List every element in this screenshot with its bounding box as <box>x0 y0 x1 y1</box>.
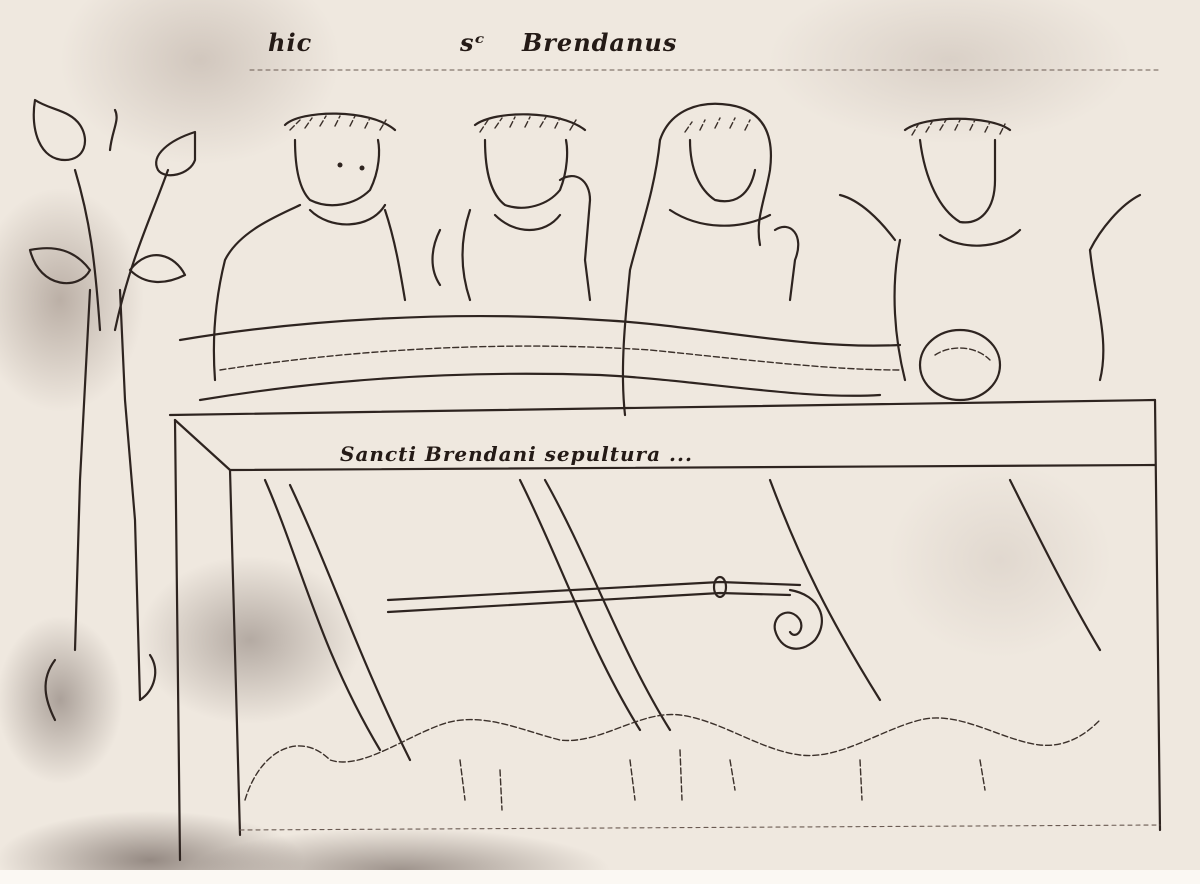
inscription-tomb: Sancti Brendani sepultura ... <box>340 442 693 466</box>
scalloped-frieze <box>245 715 1100 810</box>
figure-monk-1 <box>214 114 405 380</box>
figure-monk-2 <box>433 114 591 300</box>
inscription-brendanus: Brendanus <box>522 28 677 57</box>
shrouded-body <box>180 316 1000 400</box>
crozier <box>388 577 822 649</box>
paper-edge <box>0 870 1200 884</box>
tomb <box>170 400 1160 860</box>
plant-illustration <box>30 100 195 720</box>
manuscript-drawing: hic sᶜ Brendanus Sancti Brendani sepultu… <box>0 0 1200 884</box>
figure-hooded <box>623 104 798 415</box>
inscription-abbrev: sᶜ <box>460 28 486 57</box>
inscription-hic: hic <box>268 28 312 57</box>
